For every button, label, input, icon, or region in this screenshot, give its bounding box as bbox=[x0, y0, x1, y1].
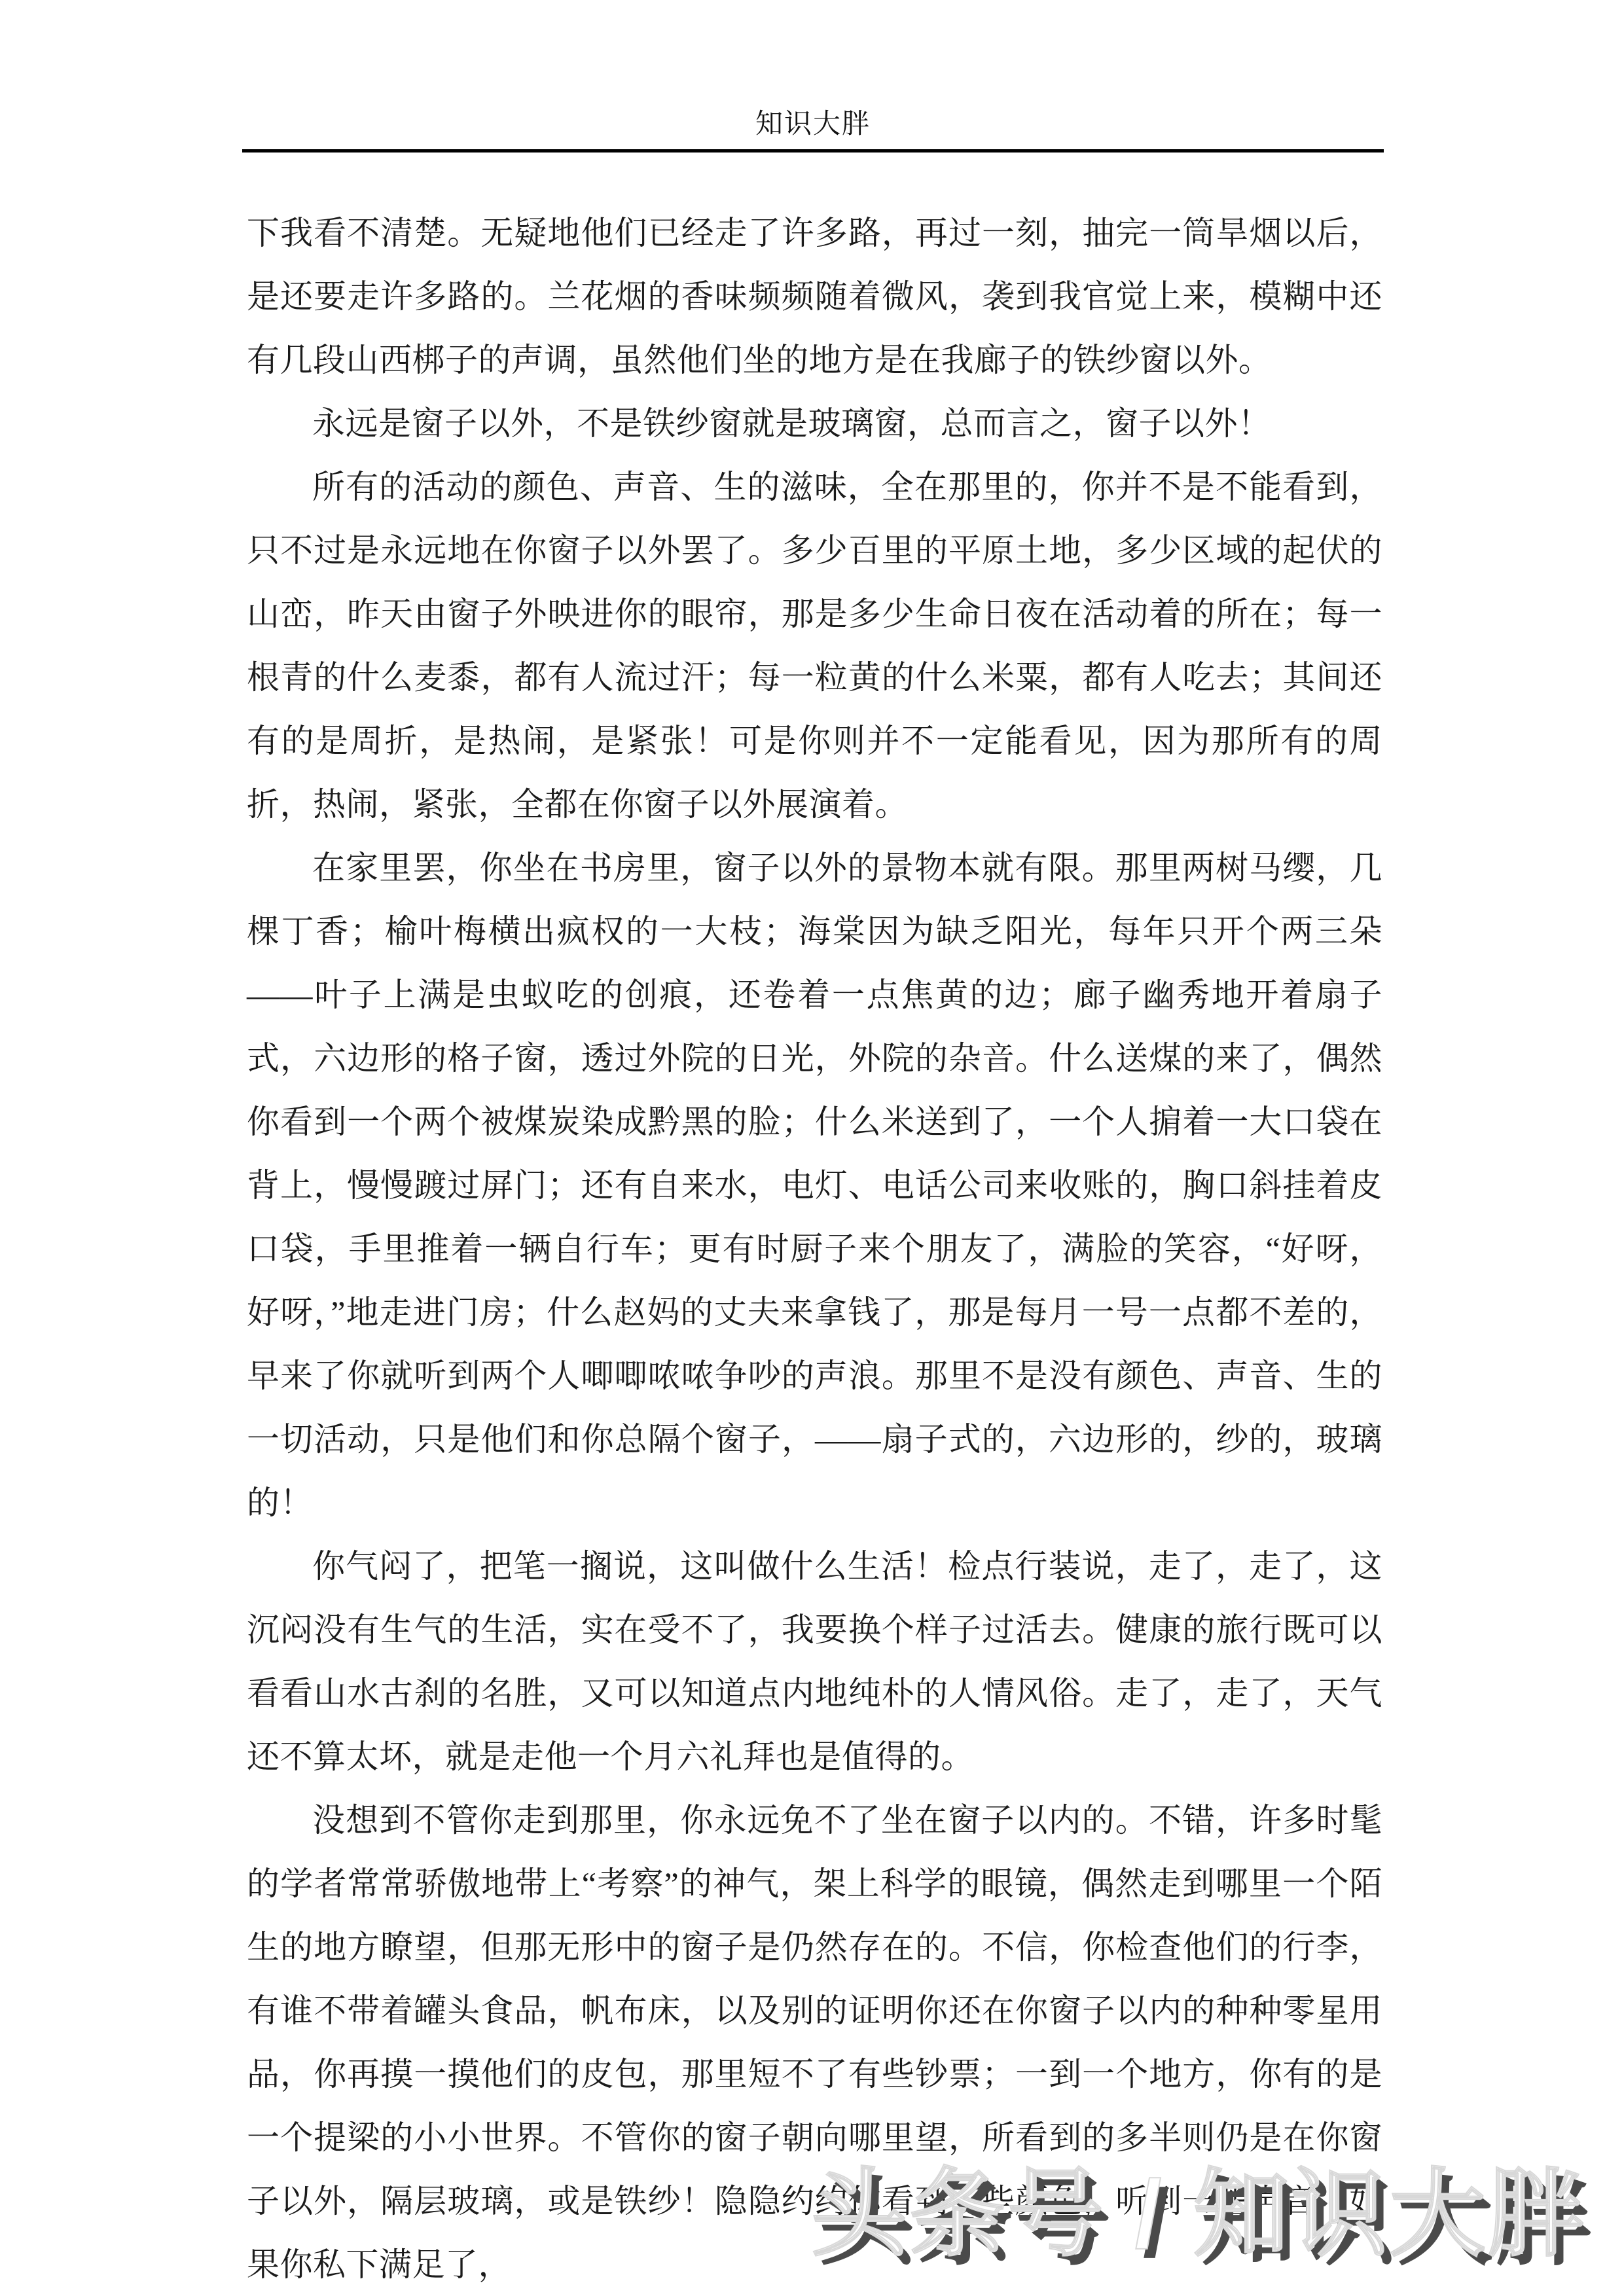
paragraph-5: 你气闷了，把笔一搁说，这叫做什么生活！检点行装说，走了，走了，这沉闷没有生气的生… bbox=[247, 1535, 1382, 1789]
article-body: 下我看不清楚。无疑地他们已经走了许多路，再过一刻，抽完一筒旱烟以后，是还要走许多… bbox=[247, 202, 1382, 2296]
document-page: 知识大胖 下我看不清楚。无疑地他们已经走了许多路，再过一刻，抽完一筒旱烟以后，是… bbox=[0, 0, 1624, 2296]
paragraph-3: 所有的活动的颜色、声音、生的滋味，全在那里的，你并不是不能看到，只不过是永远地在… bbox=[247, 456, 1382, 836]
paragraph-2: 永远是窗子以外，不是铁纱窗就是玻璃窗，总而言之，窗子以外！ bbox=[247, 392, 1382, 456]
header-rule bbox=[242, 149, 1384, 152]
toutiao-watermark: 头条号 / 知识大胖 bbox=[811, 2166, 1586, 2262]
paragraph-4: 在家里罢，你坐在书房里，窗子以外的景物本就有限。那里两树马缨，几棵丁香；榆叶梅横… bbox=[247, 836, 1382, 1535]
page-header-title: 知识大胖 bbox=[244, 105, 1382, 144]
paragraph-1: 下我看不清楚。无疑地他们已经走了许多路，再过一刻，抽完一筒旱烟以后，是还要走许多… bbox=[247, 202, 1382, 392]
